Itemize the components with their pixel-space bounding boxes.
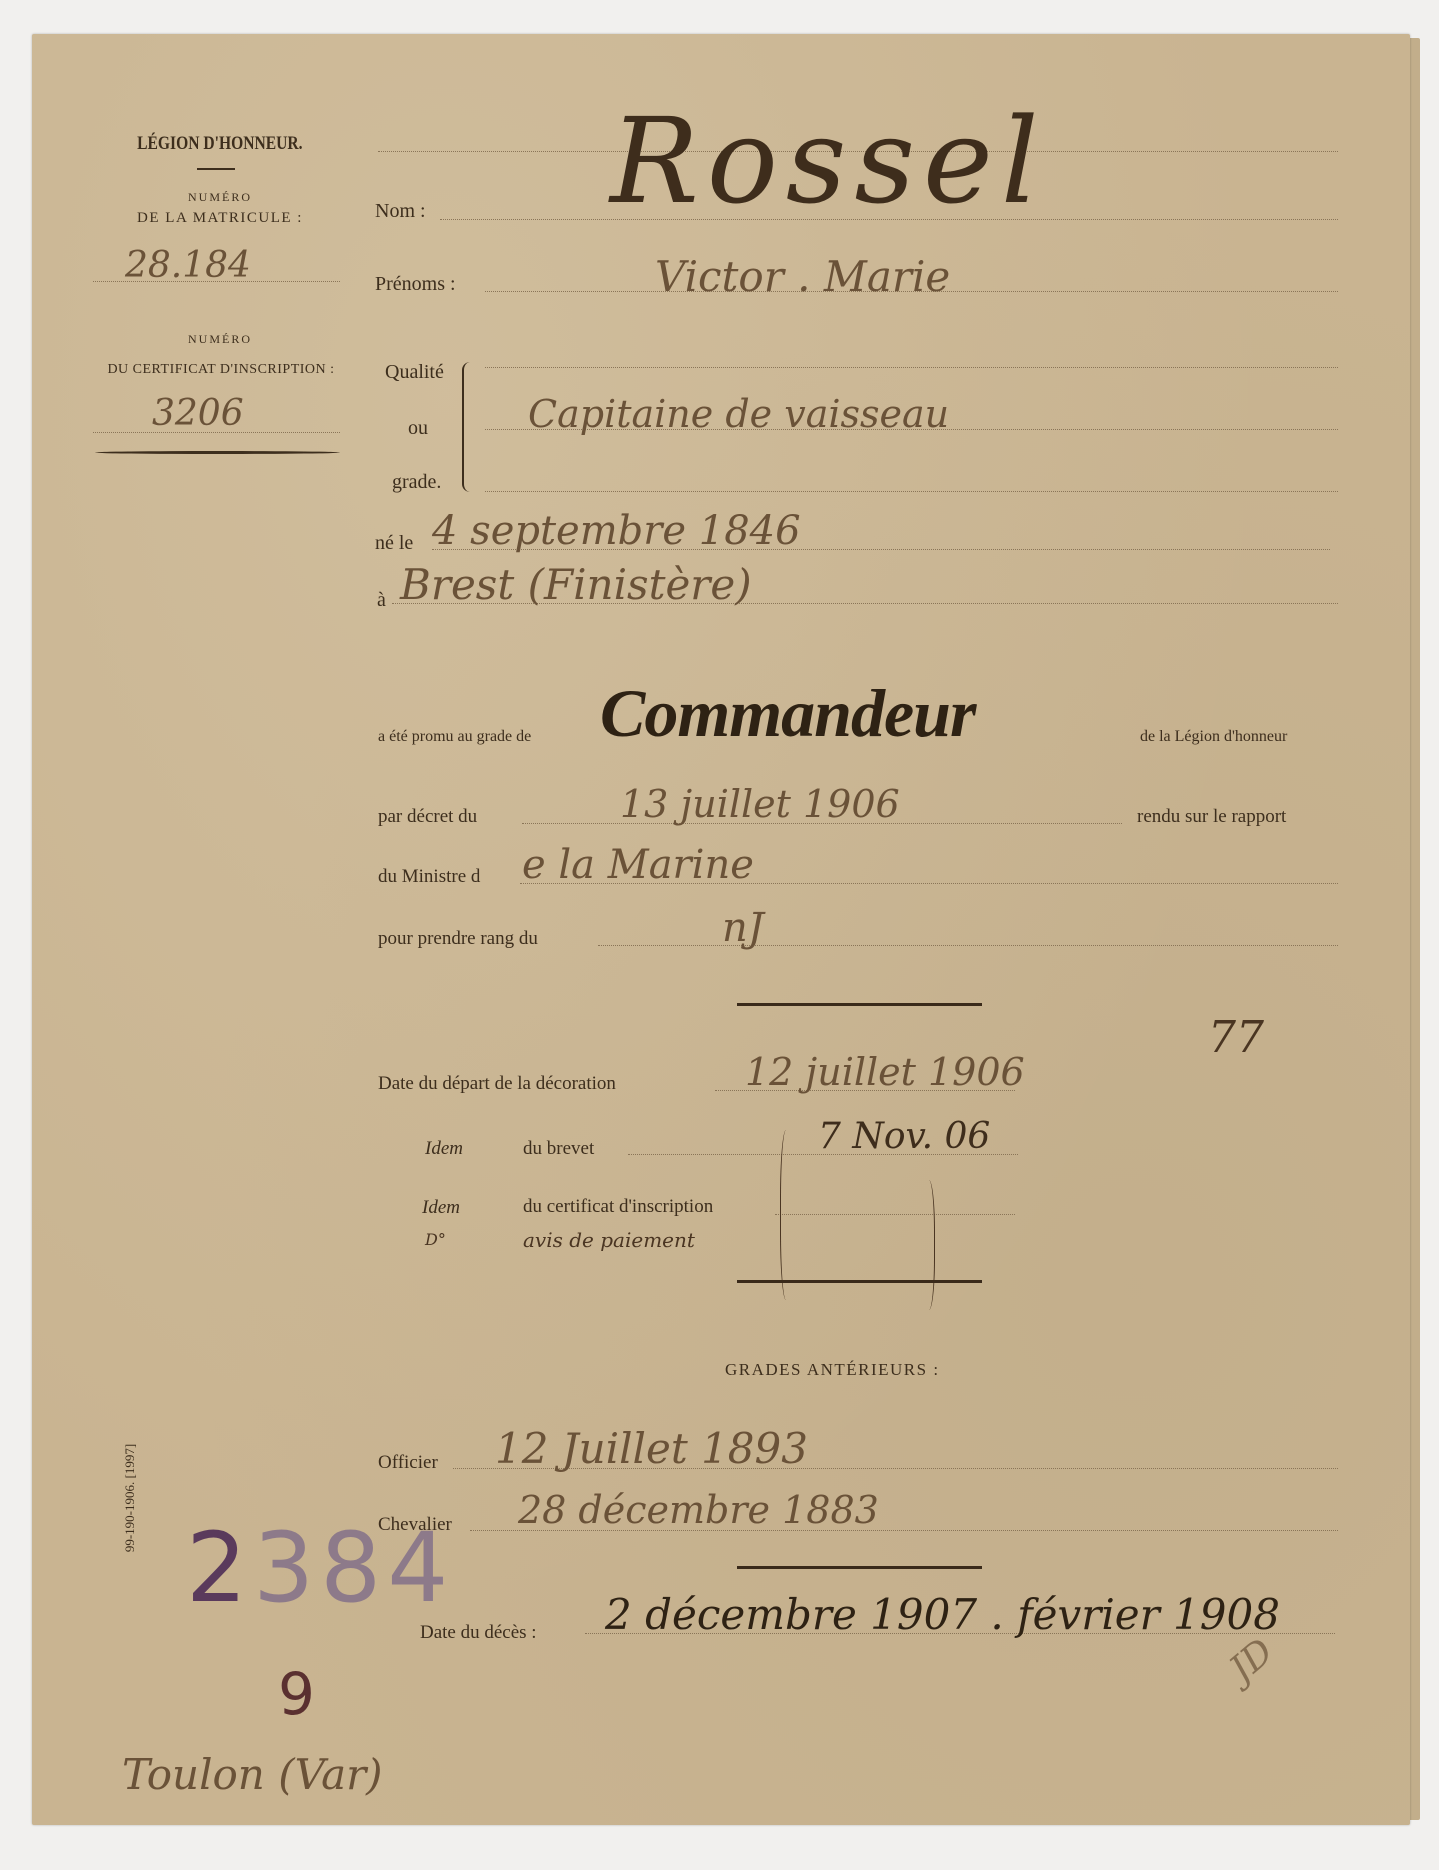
print-reference: 99-190-1906. [1997] (122, 1398, 138, 1598)
deces-label: Date du décès : (420, 1622, 537, 1644)
certificat-idem: Idem (422, 1197, 460, 1219)
number-9: 9 (278, 1660, 315, 1728)
matricule-label-2: DE LA MATRICULE : (110, 210, 330, 227)
certificat-label-1: NUMÉRO (90, 332, 350, 347)
rang-value: nJ (722, 905, 764, 951)
legion-honneur-title: LÉGION D'HONNEUR. (110, 133, 330, 155)
avis-paiement-label: avis de paiement (523, 1228, 695, 1252)
promu-suffix: de la Légion d'honneur (1140, 728, 1287, 746)
grade-commandeur: Commandeur (600, 674, 975, 753)
matricule-label-1: NUMÉRO (110, 190, 330, 205)
margin-mark-77: 77 (1208, 1012, 1264, 1063)
stamp-number: 2384 (186, 1512, 454, 1624)
qualite-dotted-line-3 (485, 491, 1338, 492)
ministre-label: du Ministre d (378, 866, 480, 888)
section-divider-3 (737, 1566, 982, 1569)
certificat-dotted-line (93, 432, 340, 433)
promu-prefix: a été promu au grade de (378, 728, 531, 746)
certificat-value: 3206 (152, 393, 244, 434)
ornamental-rule (95, 451, 340, 454)
matricule-dotted-line (93, 281, 340, 282)
section-divider-1 (737, 1003, 982, 1006)
wavy-brace-left (780, 1130, 795, 1300)
ministre-value: e la Marine (522, 842, 754, 888)
nom-label: Nom : (375, 200, 426, 223)
rapport-label: rendu sur le rapport (1137, 806, 1286, 828)
certificat-label-2: DU CERTIFICAT D'INSCRIPTION : (86, 362, 356, 378)
rang-dotted-line (598, 945, 1338, 946)
chevalier-value: 28 décembre 1883 (518, 1488, 879, 1532)
location-note: Toulon (Var) (122, 1750, 383, 1799)
depart-label: Date du départ de la décoration (378, 1073, 616, 1095)
brevet-label: du brevet (523, 1138, 594, 1160)
matricule-value: 28.184 (125, 245, 251, 286)
grade-label: grade. (392, 471, 441, 494)
certificat-inscription-dotted-line (775, 1214, 1015, 1215)
officier-label: Officier (378, 1452, 438, 1474)
brevet-idem: Idem (425, 1138, 463, 1160)
ne-le-label: né le (375, 532, 413, 555)
ne-le-value: 4 septembre 1846 (432, 508, 801, 554)
officier-value: 12 Juillet 1893 (495, 1424, 808, 1473)
a-label: à (377, 589, 386, 612)
prenoms-label: Prénoms : (375, 273, 456, 296)
qualite-value: Capitaine de vaisseau (528, 392, 949, 436)
prenoms-value: Victor . Marie (655, 252, 950, 301)
qualite-label: Qualité (385, 361, 444, 384)
qualite-brace (462, 362, 474, 492)
decret-value: 13 juillet 1906 (620, 782, 900, 826)
ditto-mark: D° (425, 1230, 446, 1249)
wavy-brace-right (920, 1180, 935, 1310)
decret-label: par décret du (378, 806, 477, 828)
certificat-inscription-label: du certificat d'inscription (523, 1196, 713, 1218)
title-underline (197, 168, 235, 170)
deces-value: 2 décembre 1907 . février 1908 (605, 1590, 1280, 1639)
depart-value: 12 juillet 1906 (745, 1050, 1025, 1094)
section-divider-2 (737, 1280, 982, 1283)
a-value: Brest (Finistère) (400, 560, 752, 609)
brevet-value: 7 Nov. 06 (818, 1116, 990, 1157)
grades-anterieurs-heading: GRADES ANTÉRIEURS : (725, 1360, 940, 1380)
rang-label: pour prendre rang du (378, 928, 538, 950)
nom-value: Rossel (610, 92, 1047, 230)
ou-label: ou (408, 417, 428, 440)
qualite-dotted-line-1 (485, 367, 1338, 368)
